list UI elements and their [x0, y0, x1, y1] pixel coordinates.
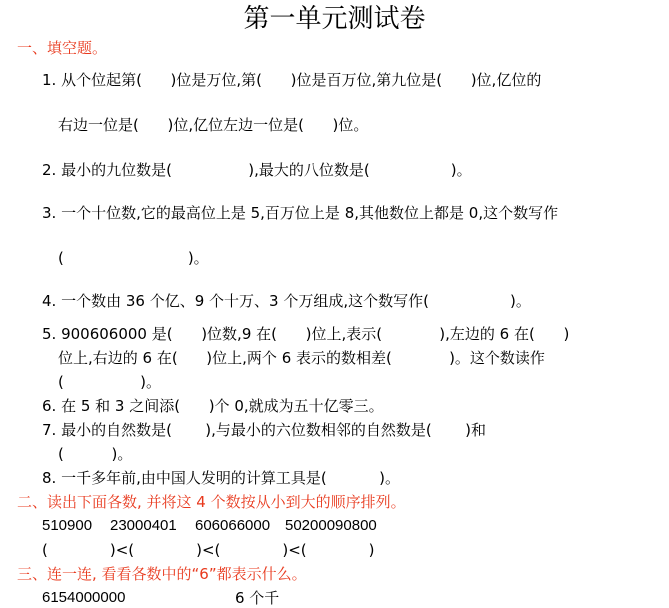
- question-3-line-2: ( )。: [58, 248, 209, 268]
- ordering-line: ( )<( )<( )<( ): [42, 540, 374, 560]
- question-5-line-1: 5. 900606000 是( )位数,9 在( )位上,表示( ),左边的 6…: [42, 324, 569, 344]
- section-heading-2: 二、读出下面各数, 并将这 4 个数按从小到大的顺序排列。: [17, 492, 406, 512]
- question-3-line-1: 3. 一个十位数,它的最高位上是 5,百万位上是 8,其他数位上都是 0,这个数…: [42, 203, 558, 223]
- question-2: 2. 最小的九位数是( ),最大的八位数是( )。: [42, 160, 472, 180]
- question-5-line-2: 位上,右边的 6 在( )位上,两个 6 表示的数相差( )。这个数读作: [58, 348, 545, 368]
- number-2: 23000401: [110, 516, 177, 536]
- section-heading-3: 三、连一连, 看看各数中的“6”都表示什么。: [17, 564, 307, 584]
- question-7-line-1: 7. 最小的自然数是( ),与最小的六位数相邻的自然数是( )和: [42, 420, 486, 440]
- match-right-1: 6 个千: [235, 588, 279, 608]
- section-heading-1: 一、填空题。: [17, 38, 107, 58]
- question-7-line-2: ( )。: [58, 444, 132, 464]
- question-6: 6. 在 5 和 3 之间添( )个 0,就成为五十亿零三。: [42, 396, 384, 416]
- match-left-1: 6154000000: [42, 588, 125, 608]
- question-5-line-3: ( )。: [58, 372, 161, 392]
- number-3: 606066000: [195, 516, 270, 536]
- question-1-line-1: 1. 从个位起第( )位是万位,第( )位是百万位,第九位是( )位,亿位的: [42, 70, 541, 90]
- question-4: 4. 一个数由 36 个亿、9 个十万、3 个万组成,这个数写作( )。: [42, 291, 531, 311]
- question-8: 8. 一千多年前,由中国人发明的计算工具是( )。: [42, 468, 400, 488]
- number-1: 510900: [42, 516, 92, 536]
- page-title: 第一单元测试卷: [0, 4, 669, 34]
- question-1-line-2: 右边一位是( )位,亿位左边一位是( )位。: [58, 115, 368, 135]
- number-4: 50200090800: [285, 516, 377, 536]
